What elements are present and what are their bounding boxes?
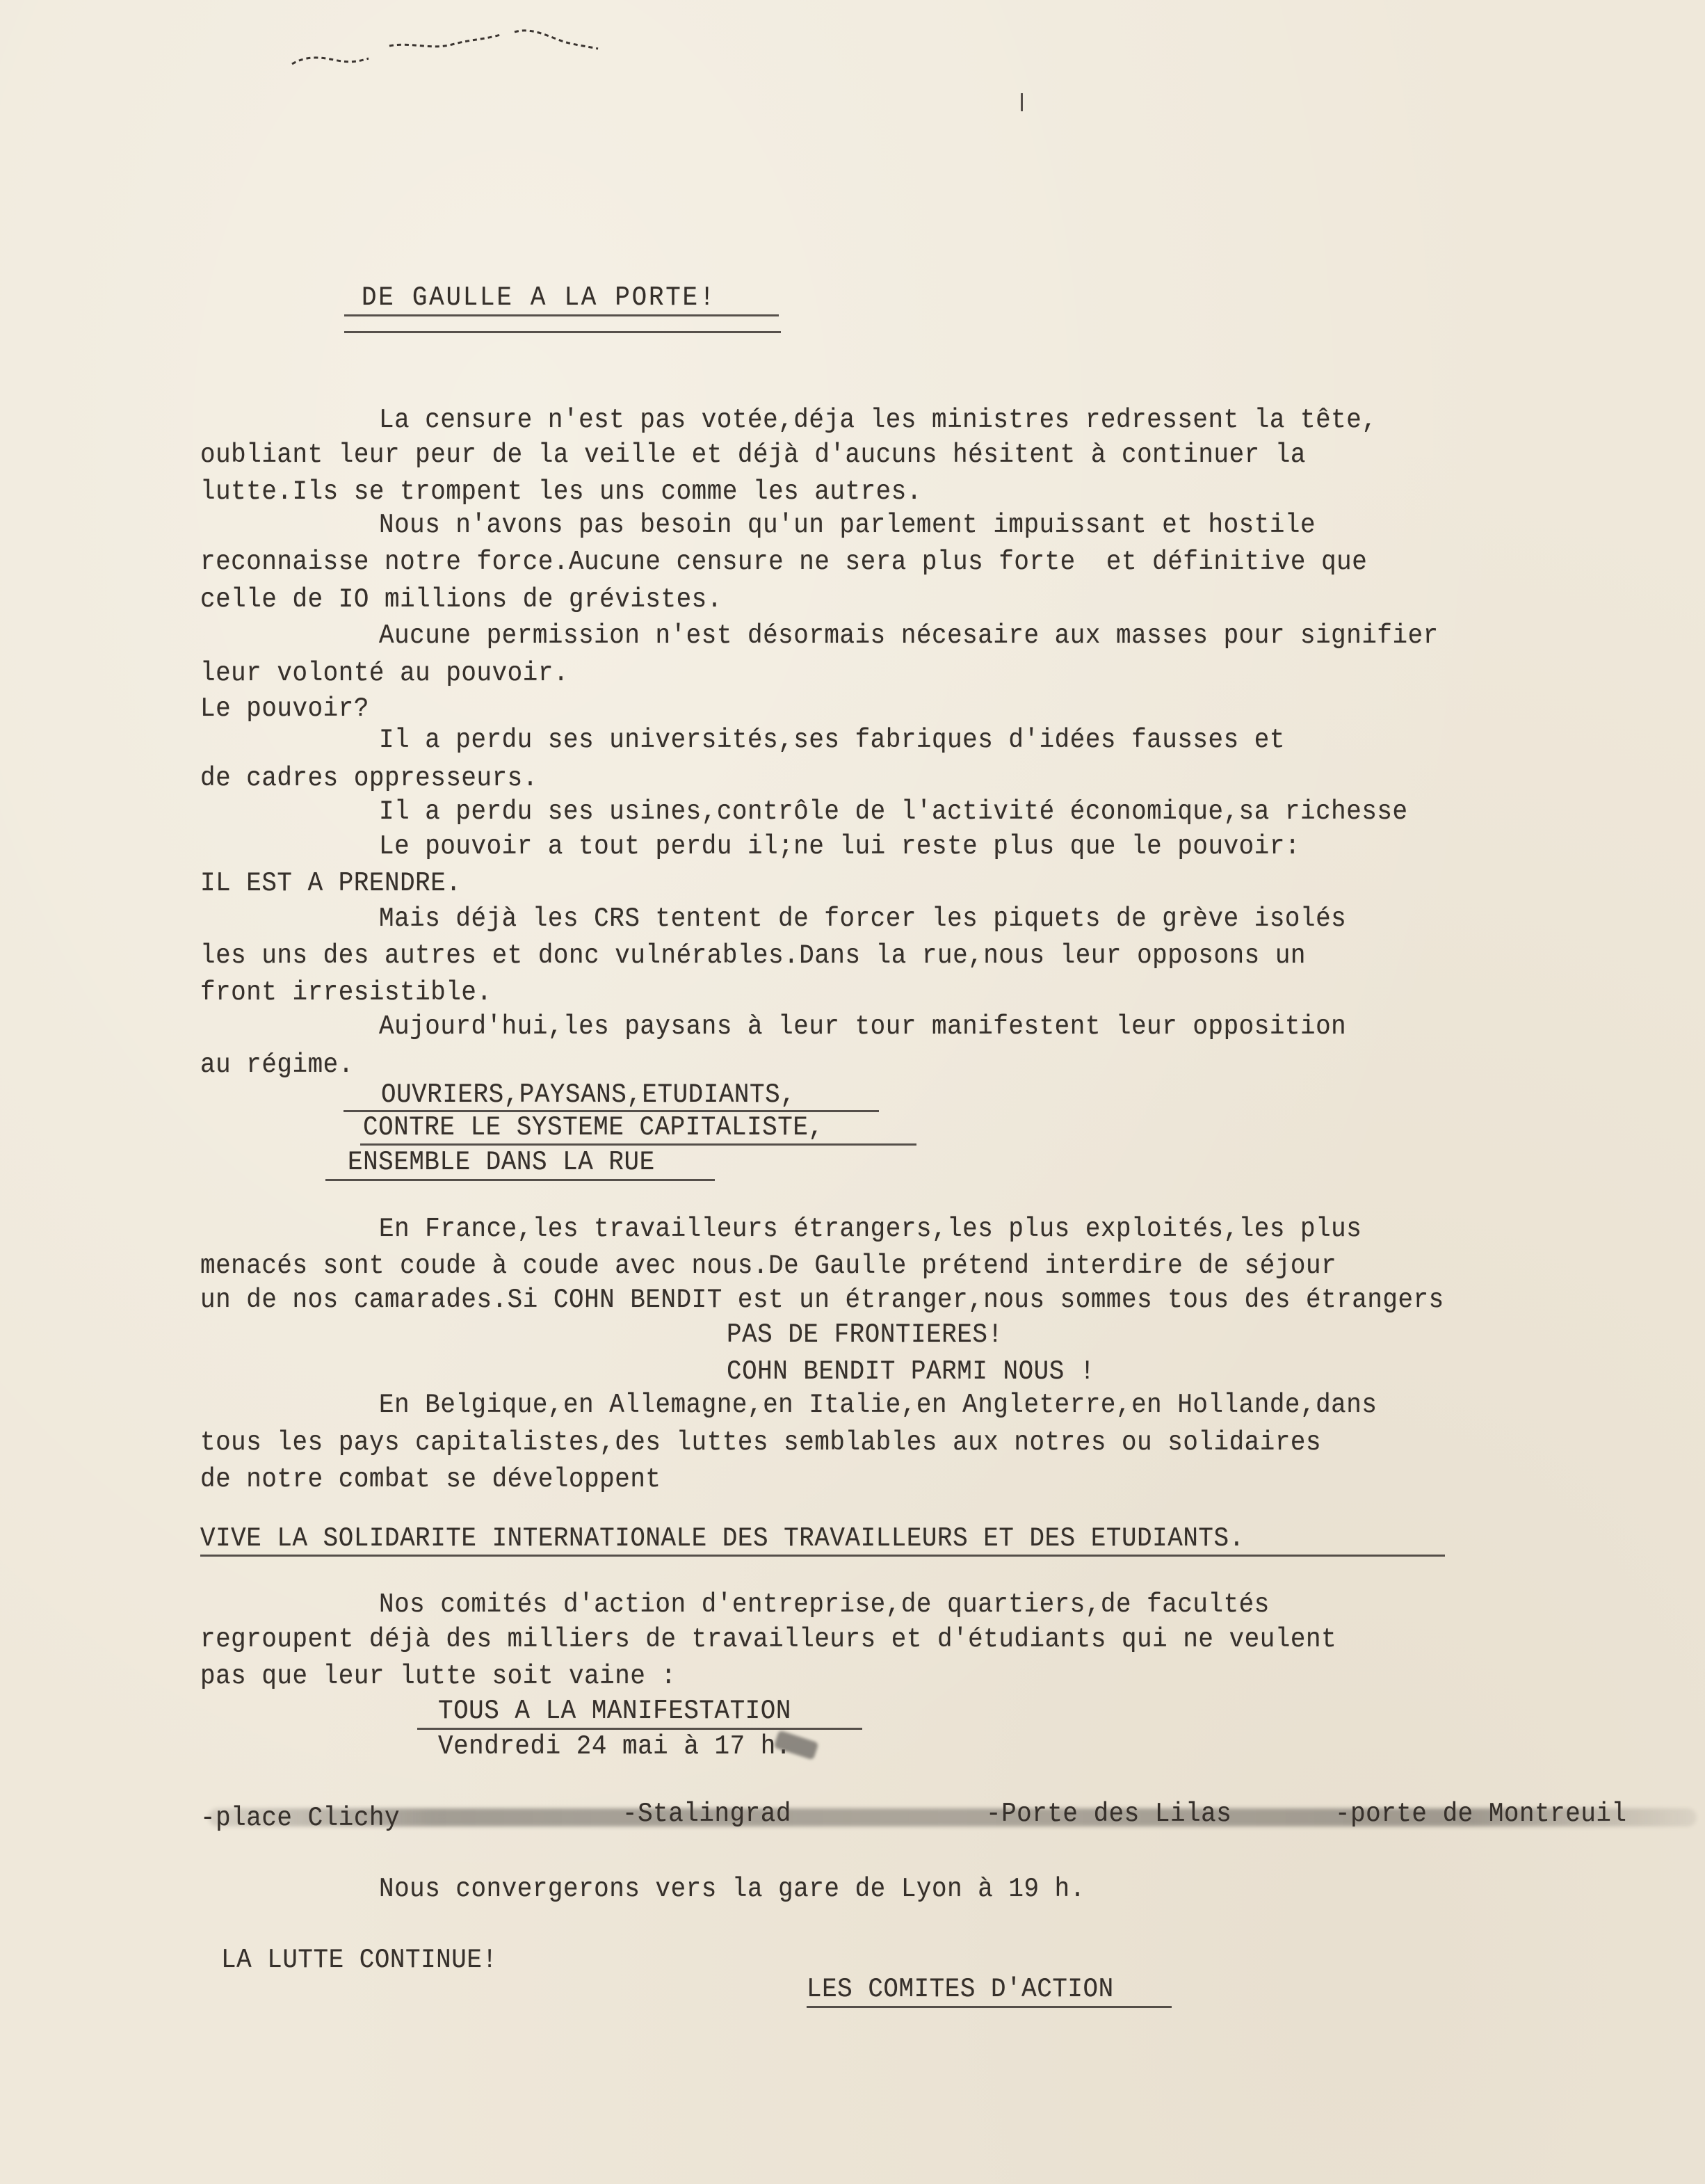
call-headline: TOUS A LA MANIFESTATION <box>438 1694 791 1728</box>
paragraph-line: Il a perdu ses usines,contrôle de l'acti… <box>379 795 1408 828</box>
paragraph-line: menacés sont coude à coude avec nous.De … <box>200 1249 1336 1283</box>
paragraph-line: les uns des autres et donc vulnérables.D… <box>200 939 1306 972</box>
document-title: DE GAULLE A LA PORTE! <box>362 281 716 314</box>
paragraph-line: Il a perdu ses universités,ses fabriques… <box>379 723 1285 757</box>
paragraph-line: Nos comités d'action d'entreprise,de qua… <box>379 1588 1270 1621</box>
slogan-line: CONTRE LE SYSTEME CAPITALISTE, <box>363 1111 824 1144</box>
ink-scribble-mark <box>278 14 904 77</box>
paragraph-line: de cadres oppresseurs. <box>200 762 538 795</box>
paragraph-line: Aucune permission n'est désormais nécesa… <box>379 619 1439 652</box>
paragraph-line: un de nos camarades.Si COHN BENDIT est u… <box>200 1283 1444 1317</box>
paragraph-line: Aujourd'hui,les paysans à leur tour mani… <box>379 1010 1346 1043</box>
title-underline-2 <box>344 331 781 333</box>
paragraph-line: regroupent déjà des milliers de travaill… <box>200 1623 1336 1656</box>
slogan-underline <box>325 1179 715 1181</box>
paragraph-line: leur volonté au pouvoir. <box>200 657 569 690</box>
paragraph-line: Mais déjà les CRS tentent de forcer les … <box>379 902 1346 936</box>
slogan-line: ENSEMBLE DANS LA RUE <box>348 1146 655 1179</box>
signature-underline <box>807 2006 1172 2008</box>
leaflet-page: DE GAULLE A LA PORTE! La censure n'est p… <box>0 0 1705 2184</box>
ink-mark <box>1021 93 1023 111</box>
meeting-point: -place Clichy <box>200 1801 400 1835</box>
paragraph-line: En Belgique,en Allemagne,en Italie,en An… <box>379 1388 1377 1422</box>
paragraph-line: La censure n'est pas votée,déja les mini… <box>379 403 1377 437</box>
slogan-line: OUVRIERS,PAYSANS,ETUDIANTS, <box>381 1078 795 1111</box>
paragraph-line: lutte.Ils se trompent les uns comme les … <box>200 475 922 508</box>
paragraph-line: tous les pays capitalistes,des luttes se… <box>200 1426 1321 1459</box>
meeting-point: -Porte des Lilas <box>986 1797 1231 1831</box>
meeting-point: -porte de Montreuil <box>1335 1797 1627 1831</box>
signature: LES COMITES D'ACTION <box>807 1973 1114 2006</box>
paragraph-line: Le pouvoir? <box>200 692 369 725</box>
paragraph-line: reconnaisse notre force.Aucune censure n… <box>200 545 1367 579</box>
slogan-line: PAS DE FRONTIERES! <box>727 1318 1003 1351</box>
emphasis-line: IL EST A PRENDRE. <box>200 867 461 900</box>
closing-slogan: LA LUTTE CONTINUE! <box>221 1943 498 1977</box>
slogan-line: COHN BENDIT PARMI NOUS ! <box>727 1355 1095 1388</box>
convergence-line: Nous convergerons vers la gare de Lyon à… <box>379 1872 1085 1906</box>
title-underline-1 <box>344 314 779 316</box>
paragraph-line: Le pouvoir a tout perdu il;ne lui reste … <box>379 830 1300 863</box>
paragraph-line: au régime. <box>200 1048 354 1082</box>
paragraph-line: Nous n'avons pas besoin qu'un parlement … <box>379 508 1316 542</box>
paragraph-line: de notre combat se développent <box>200 1463 661 1496</box>
meeting-point: -Stalingrad <box>622 1797 791 1831</box>
call-date-time: Vendredi 24 mai à 17 h. <box>438 1730 791 1763</box>
solidarity-underline <box>200 1555 1445 1557</box>
paragraph-line: front irresistible. <box>200 976 492 1009</box>
paragraph-line: pas que leur lutte soit vaine : <box>200 1660 677 1693</box>
solidarity-slogan: VIVE LA SOLIDARITE INTERNATIONALE DES TR… <box>200 1522 1245 1555</box>
paragraph-line: celle de IO millions de grévistes. <box>200 583 722 616</box>
paragraph-line: En France,les travailleurs étrangers,les… <box>379 1212 1361 1246</box>
paragraph-line: oubliant leur peur de la veille et déjà … <box>200 438 1306 472</box>
